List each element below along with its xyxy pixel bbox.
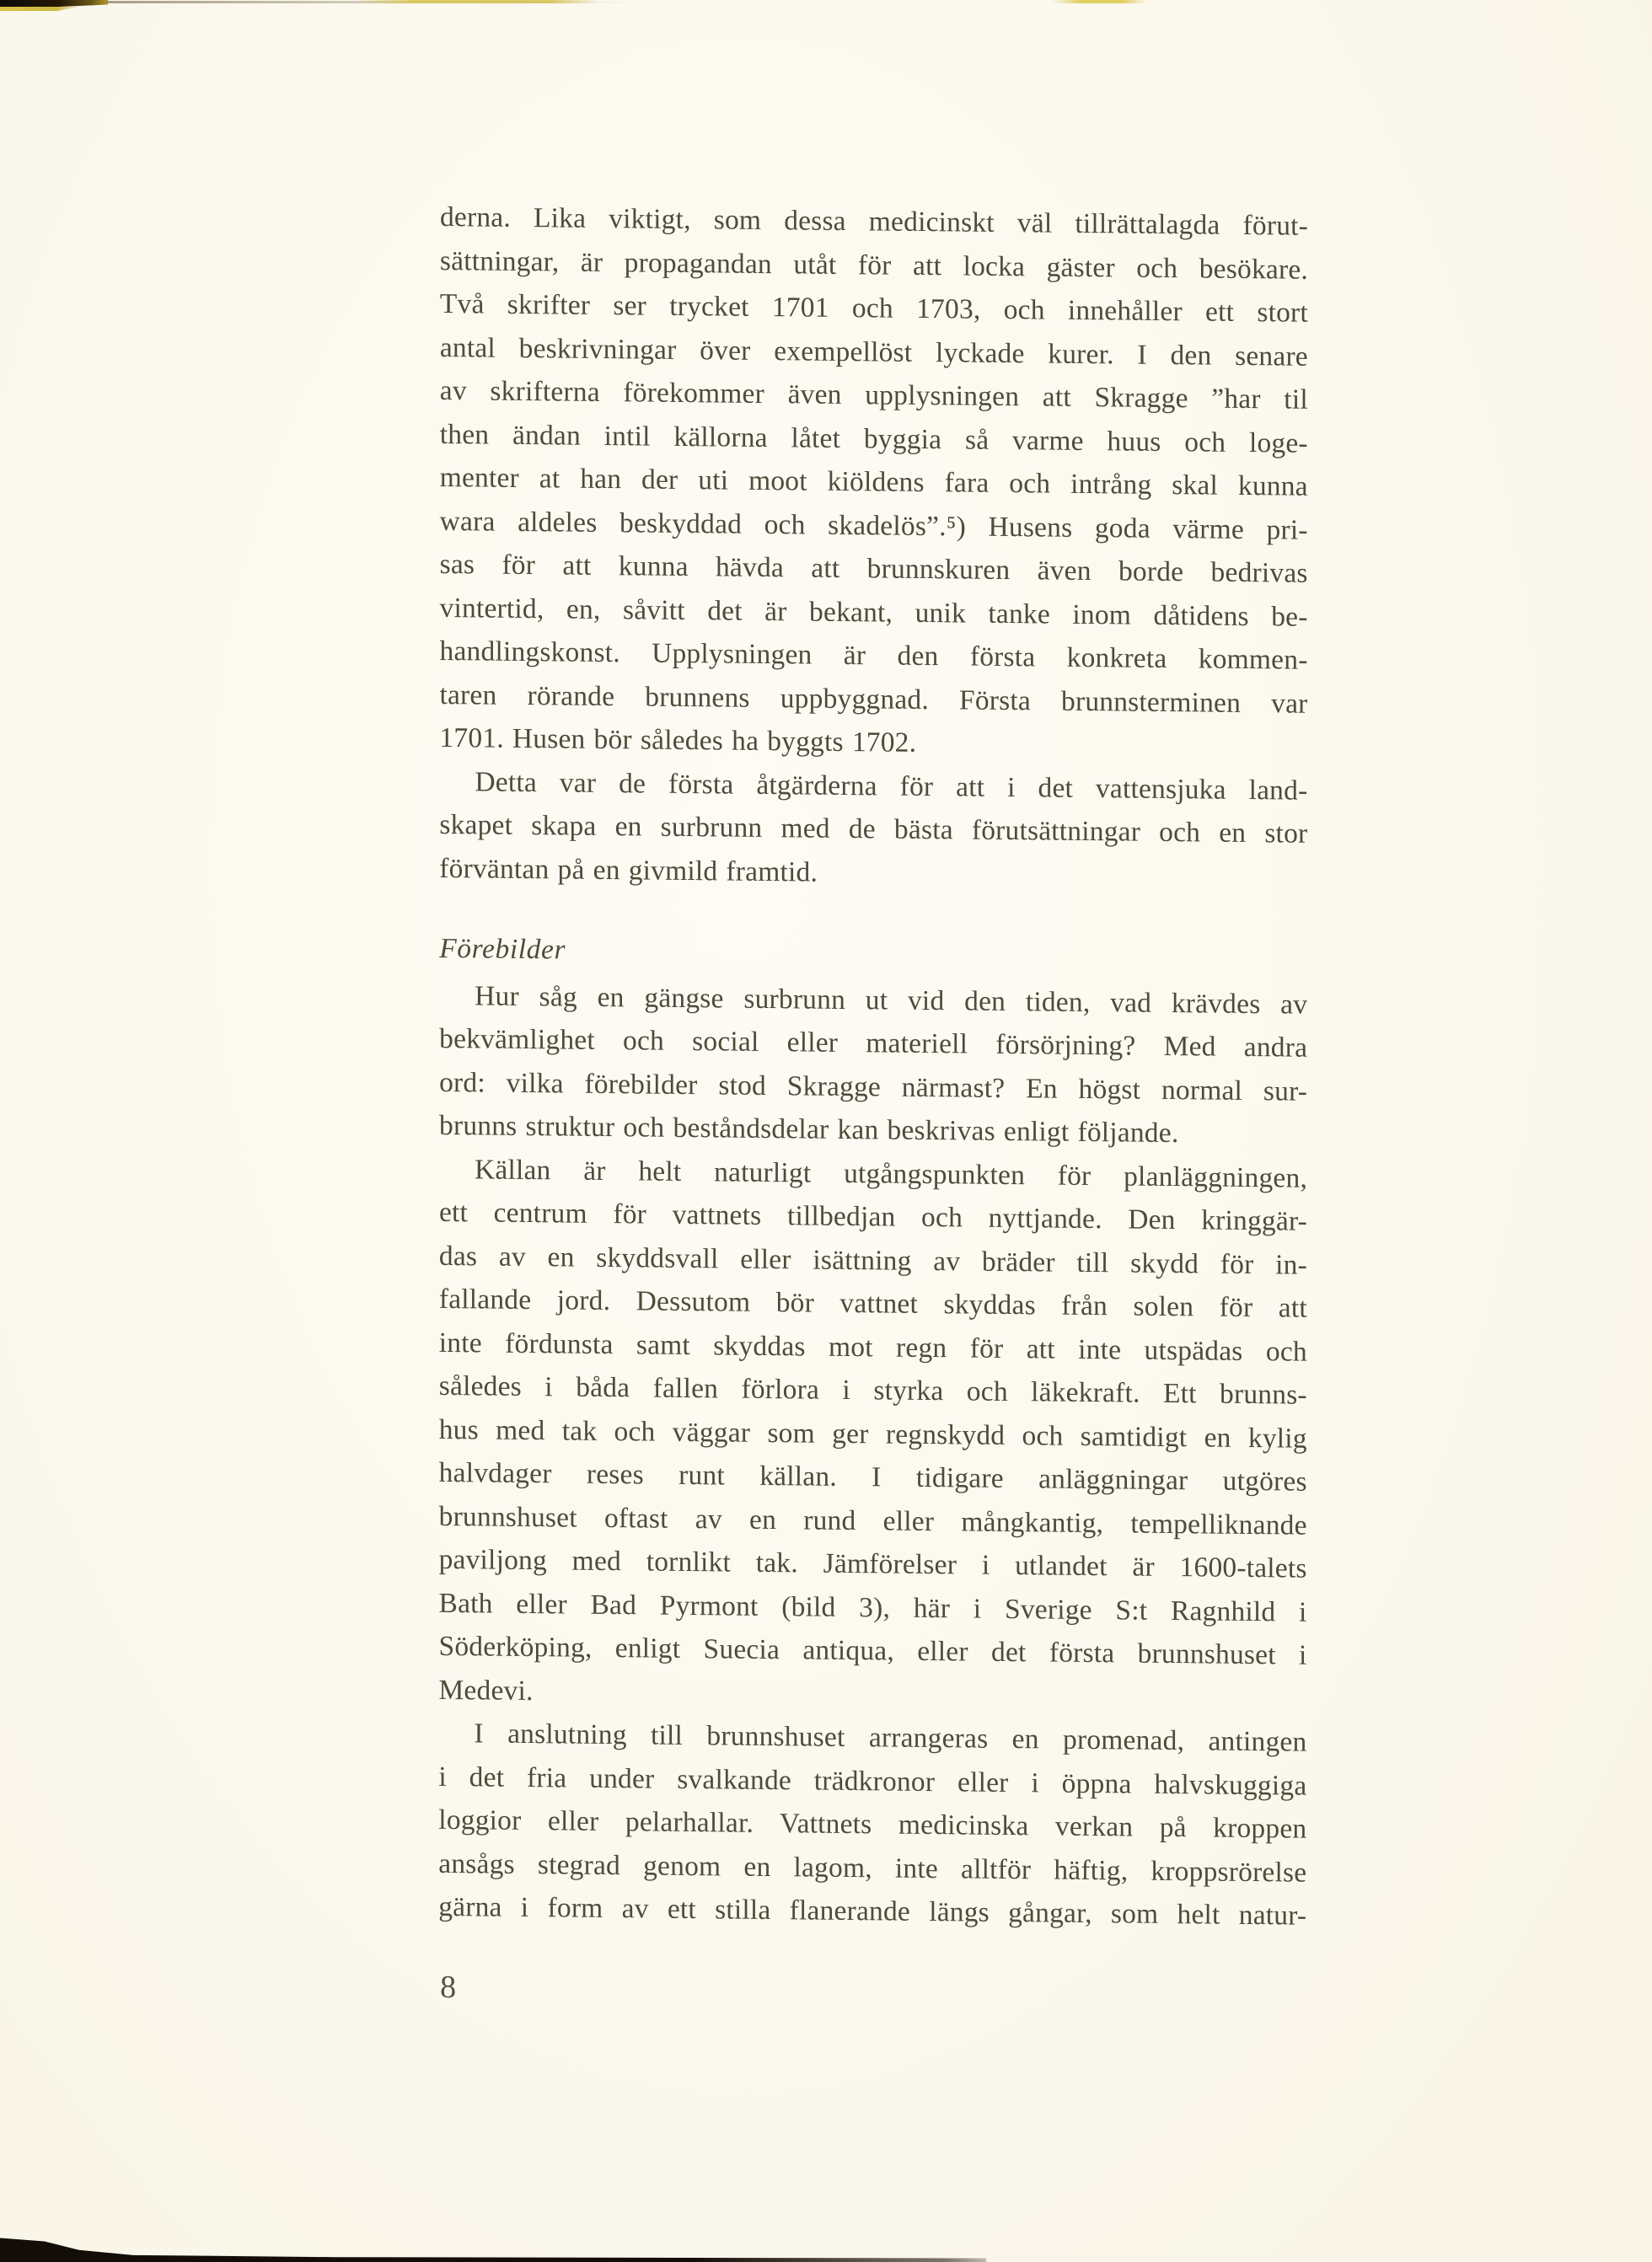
scan-artifact-top-right-yellow-streak [1052,0,1146,3]
scanned-book-page: { "page": { "page_number": "8", "colors"… [0,0,1652,2262]
paragraph: derna. Lika viktigt, som dessa medicinsk… [439,196,1308,769]
text-line: Söderköping, enligt Suecia antiqua, elle… [438,1625,1306,1677]
text-column: derna. Lika viktigt, som dessa medicinsk… [438,196,1308,2018]
paragraph: Källan är helt naturligt utgångspunkten … [438,1147,1307,1720]
paragraph: Hur såg en gängse surbrunn ut vid den ti… [439,973,1307,1156]
scan-artifact-bottom-bar [0,2233,986,2262]
book-page: derna. Lika viktigt, som dessa medicinsk… [0,0,1652,2262]
text-line: gärna i form av ett stilla flanerande lä… [438,1885,1306,1938]
scan-artifact-top-yellow-streak [354,0,598,3]
scan-artifact-top-yellow-sliver [0,7,81,11]
text-line: förväntan på en givmild framtid. [439,846,1307,898]
paragraph: I anslutning till brunnshuset arrangeras… [438,1712,1306,1938]
page-number: 8 [440,1965,1306,2018]
scan-artifact-top-gray-line [106,1,646,3]
paragraph: Detta var de första åtgärderna för att i… [439,759,1307,898]
section-heading: Förebilder [439,927,1307,979]
scan-artifact-top-left-bar [0,0,108,9]
